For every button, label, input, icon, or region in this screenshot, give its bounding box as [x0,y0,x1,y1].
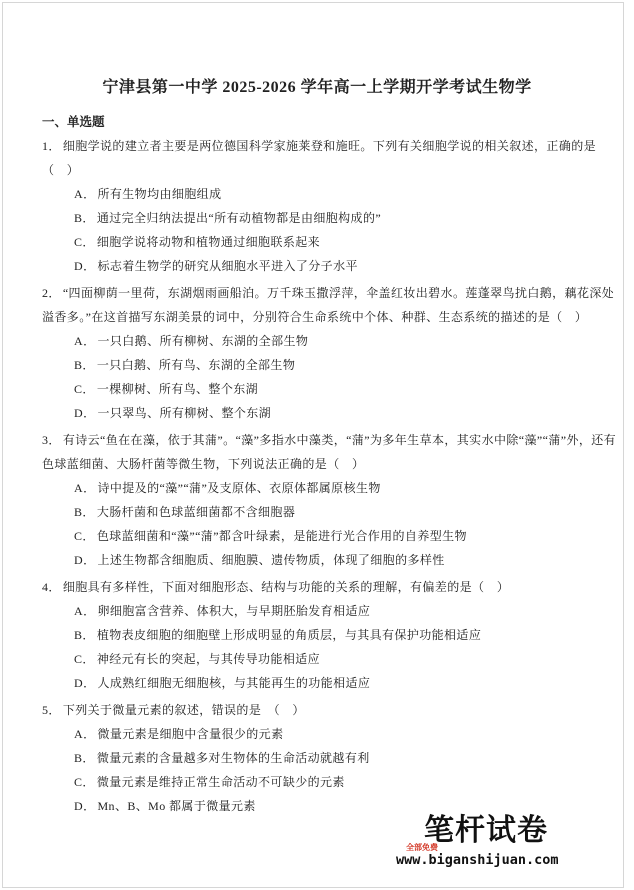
option-text: 所有生物均由细胞组成 [97,187,221,201]
question-stem-line: 溢香多。”在这首描写东湖美景的词中，分别符合生命系统中个体、种群、生态系统的描述… [42,305,634,329]
option-label: D． [74,799,95,813]
option-label: A． [74,481,95,495]
option-text: 微量元素是维持正常生命活动不可缺少的元素 [97,775,345,789]
option-label: A． [74,334,95,348]
option-label: B． [74,628,95,642]
option-line: D．Mn、B、Mo 都属于微量元素 [74,794,634,818]
option-label: C． [74,235,95,249]
question-block: 3．有诗云“鱼在在藻，依于其蒲”。“藻”多指水中藻类，“蒲”为多年生草本，其实水… [0,428,634,572]
option-line: B．大肠杆菌和色球蓝细菌都不含细胞器 [74,500,634,524]
option-text: 大肠杆菌和色球蓝细菌都不含细胞器 [97,505,295,519]
question-stem-text: 有诗云“鱼在在藻，依于其蒲”。“藻”多指水中藻类，“蒲”为多年生草本，其实水中除… [63,433,616,447]
exam-document: 宁津县第一中学 2025-2026 学年高一上学期开学考试生物学 一、单选题 1… [0,0,634,821]
question-number: 4． [42,580,61,594]
option-line: D．人成熟红细胞无细胞核，与其能再生的功能相适应 [74,671,634,695]
option-text: 一只白鹅、所有柳树、东湖的全部生物 [97,334,308,348]
option-line: B．植物表皮细胞的细胞壁上形成明显的角质层，与其具有保护功能相适应 [74,623,634,647]
question-stem-text: “四面柳荫一里荷，东湖烟雨画船泊。万千珠玉撒浮萍，伞盖红妆出碧水。莲蓬翠鸟扰白鹅… [63,286,614,300]
option-line: A．卵细胞富含营养、体积大，与早期胚胎发育相适应 [74,599,634,623]
option-label: D． [74,676,95,690]
question-block: 5．下列关于微量元素的叙述，错误的是 （ ）A．微量元素是细胞中含量很少的元素B… [0,698,634,818]
option-text: 微量元素是细胞中含量很少的元素 [97,727,283,741]
option-line: A．所有生物均由细胞组成 [74,182,634,206]
watermark-free-badge: 全部免费 [406,843,438,852]
question-stem-line: 2．“四面柳荫一里荷，东湖烟雨画船泊。万千珠玉撒浮萍，伞盖红妆出碧水。莲蓬翠鸟扰… [42,281,634,305]
option-line: D．标志着生物学的研究从细胞水平进入了分子水平 [74,254,634,278]
option-text: 一棵柳树、所有鸟、整个东湖 [97,382,258,396]
question-stem-line: 色球蓝细菌、大肠杆菌等微生物，下列说法正确的是（ ） [42,452,634,476]
question-block: 1．细胞学说的建立者主要是两位德国科学家施莱登和施旺。下列有关细胞学说的相关叙述… [0,134,634,278]
question-stem-line: 4．细胞具有多样性，下面对细胞形态、结构与功能的关系的理解，有偏差的是（ ） [42,575,634,599]
option-text: 卵细胞富含营养、体积大，与早期胚胎发育相适应 [97,604,370,618]
option-label: A． [74,727,95,741]
question-number: 1． [42,139,61,153]
option-label: C． [74,775,95,789]
question-stem-text: 细胞学说的建立者主要是两位德国科学家施莱登和施旺。下列有关细胞学说的相关叙述，正… [63,139,596,153]
option-text: 一只翠鸟、所有柳树、整个东湖 [97,406,271,420]
question-stem-line: （ ） [42,158,634,182]
option-text: 植物表皮细胞的细胞壁上形成明显的角质层，与其具有保护功能相适应 [97,628,481,642]
option-text: Mn、B、Mo 都属于微量元素 [97,799,255,813]
option-text: 诗中提及的“藻”“蒲”及支原体、衣原体都属原核生物 [97,481,380,495]
question-stem-text: 细胞具有多样性，下面对细胞形态、结构与功能的关系的理解，有偏差的是（ ） [63,580,509,594]
option-line: C．微量元素是维持正常生命活动不可缺少的元素 [74,770,634,794]
option-label: B． [74,358,95,372]
question-number: 3． [42,433,61,447]
option-label: A． [74,604,95,618]
question-block: 4．细胞具有多样性，下面对细胞形态、结构与功能的关系的理解，有偏差的是（ ）A．… [0,575,634,695]
option-label: D． [74,406,95,420]
option-label: B． [74,751,95,765]
watermark-site-url: www.biganshijuan.com [396,852,559,868]
question-stem-text: （ ） [42,163,79,177]
option-line: C．一棵柳树、所有鸟、整个东湖 [74,377,634,401]
option-label: A． [74,187,95,201]
option-text: 细胞学说将动物和植物通过细胞联系起来 [97,235,320,249]
option-text: 色球蓝细菌和“藻”“蒲”都含叶绿素，是能进行光合作用的自养型生物 [97,529,467,543]
option-line: D．上述生物都含细胞质、细胞膜、遗传物质，体现了细胞的多样性 [74,548,634,572]
option-line: B．微量元素的含量越多对生物体的生命活动就越有利 [74,746,634,770]
option-label: C． [74,382,95,396]
option-line: A．诗中提及的“藻”“蒲”及支原体、衣原体都属原核生物 [74,476,634,500]
option-label: B． [74,505,95,519]
option-text: 一只白鹅、所有鸟、东湖的全部生物 [97,358,295,372]
option-line: D．一只翠鸟、所有柳树、整个东湖 [74,401,634,425]
question-stem-text: 溢香多。”在这首描写东湖美景的词中，分别符合生命系统中个体、种群、生态系统的描述… [42,310,587,324]
option-line: A．一只白鹅、所有柳树、东湖的全部生物 [74,329,634,353]
option-text: 神经元有长的突起，与其传导功能相适应 [97,652,320,666]
option-line: A．微量元素是细胞中含量很少的元素 [74,722,634,746]
question-block: 2．“四面柳荫一里荷，东湖烟雨画船泊。万千珠玉撒浮萍，伞盖红妆出碧水。莲蓬翠鸟扰… [0,281,634,425]
option-text: 通过完全归纳法提出“所有动植物都是由细胞构成的” [97,211,381,225]
option-label: B． [74,211,95,225]
section-heading: 一、单选题 [42,114,634,131]
option-label: D． [74,553,95,567]
option-line: B．一只白鹅、所有鸟、东湖的全部生物 [74,353,634,377]
option-text: 微量元素的含量越多对生物体的生命活动就越有利 [97,751,370,765]
question-stem-text: 色球蓝细菌、大肠杆菌等微生物，下列说法正确的是（ ） [42,457,364,471]
option-label: D． [74,259,95,273]
question-stem-line: 3．有诗云“鱼在在藻，依于其蒲”。“藻”多指水中藻类，“蒲”为多年生草本，其实水… [42,428,634,452]
watermark-brand-text: 笔杆试卷 [424,815,548,847]
option-line: C．色球蓝细菌和“藻”“蒲”都含叶绿素，是能进行光合作用的自养型生物 [74,524,634,548]
question-number: 2． [42,286,61,300]
option-line: B．通过完全归纳法提出“所有动植物都是由细胞构成的” [74,206,634,230]
question-stem-line: 5．下列关于微量元素的叙述，错误的是 （ ） [42,698,634,722]
option-text: 人成熟红细胞无细胞核，与其能再生的功能相适应 [97,676,370,690]
option-line: C．细胞学说将动物和植物通过细胞联系起来 [74,230,634,254]
question-stem-line: 1．细胞学说的建立者主要是两位德国科学家施莱登和施旺。下列有关细胞学说的相关叙述… [42,134,634,158]
option-label: C． [74,529,95,543]
page-title: 宁津县第一中学 2025-2026 学年高一上学期开学考试生物学 [0,0,634,99]
option-text: 上述生物都含细胞质、细胞膜、遗传物质，体现了细胞的多样性 [97,553,444,567]
question-number: 5． [42,703,61,717]
question-stem-text: 下列关于微量元素的叙述，错误的是 （ ） [63,703,305,717]
option-text: 标志着生物学的研究从细胞水平进入了分子水平 [97,259,357,273]
option-line: C．神经元有长的突起，与其传导功能相适应 [74,647,634,671]
option-label: C． [74,652,95,666]
question-list: 1．细胞学说的建立者主要是两位德国科学家施莱登和施旺。下列有关细胞学说的相关叙述… [0,134,634,818]
